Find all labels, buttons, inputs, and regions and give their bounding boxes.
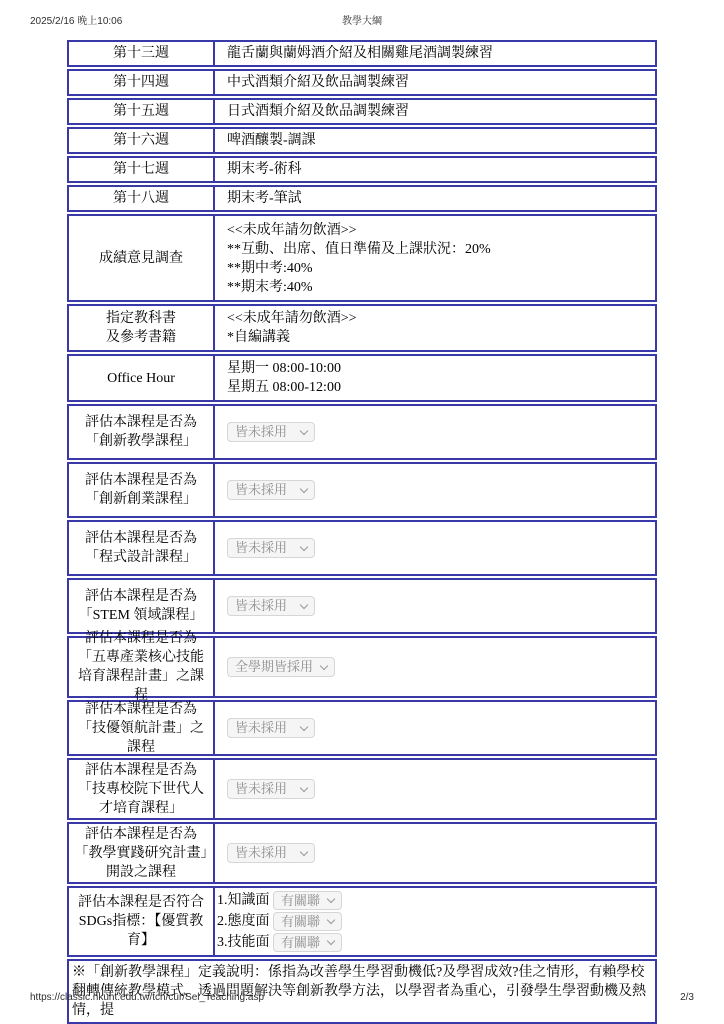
chevron-down-icon (300, 722, 308, 730)
week-content: 啤酒釀製-調課 (215, 129, 655, 152)
sdg-item-label: 1.知識面 (217, 891, 273, 910)
table-row-week-16: 第十六週 啤酒釀製-調課 (67, 127, 657, 154)
chevron-down-icon (327, 937, 335, 945)
week-content: 日式酒類介紹及飲品調製練習 (215, 100, 655, 123)
sdg-knowledge-select[interactable]: 有關聯 (273, 891, 342, 910)
week-label: 第十五週 (69, 100, 215, 123)
table-row-office-hour: Office Hour 星期一 08:00-10:00 星期五 08:00-12… (67, 354, 657, 402)
source-url: https://classic.nkuht.edu.tw/tch/cur/Sel… (30, 992, 264, 1003)
table-row-textbook: 指定教科書 及參考書籍 <<未成年請勿飲酒>> *自編講義 (67, 304, 657, 352)
table-row-grade-survey: 成績意見調查 <<未成年請勿飲酒>> **互動、出席、值日準備及上課狀況：20%… (67, 214, 657, 302)
select-value: 有關聯 (281, 934, 320, 952)
week-content: 龍舌蘭與蘭姆酒介紹及相關雞尾酒調製練習 (215, 42, 655, 65)
eval-next-gen-select[interactable]: 皆未採用 (227, 779, 315, 799)
week-label: 第十三週 (69, 42, 215, 65)
table-row-sdgs: 評估本課程是否符合SDGs指標：【優質教育】 1.知識面 有關聯 2.態度面 有… (67, 886, 657, 957)
eval-programming-select[interactable]: 皆未採用 (227, 538, 315, 558)
row-label: Office Hour (69, 356, 215, 400)
row-label: 成績意見調查 (69, 216, 215, 300)
week-content: 期末考-術科 (215, 158, 655, 181)
chevron-down-icon (300, 484, 308, 492)
week-label: 第十八週 (69, 187, 215, 210)
row-label: 評估本課程是否為「創新教學課程」 (69, 406, 215, 458)
table-row-eval-programming: 評估本課程是否為「程式設計課程」 皆未採用 (67, 520, 657, 576)
table-row-week-18: 第十八週 期末考-筆試 (67, 185, 657, 212)
table-row-eval-innovative-teaching: 評估本課程是否為「創新教學課程」 皆未採用 (67, 404, 657, 460)
chevron-down-icon (300, 783, 308, 791)
chevron-down-icon (300, 426, 308, 434)
table-row-eval-skill-pilot: 評估本課程是否為「技優領航計畫」之課程 皆未採用 (67, 700, 657, 756)
row-label: 評估本課程是否為「技優領航計畫」之課程 (69, 702, 215, 754)
select-value: 皆未採用 (235, 597, 287, 615)
row-label: 評估本課程是否為「教學實踐研究計畫」開設之課程 (69, 824, 215, 882)
row-label: 評估本課程是否為「創新創業課程」 (69, 464, 215, 516)
sdg-knowledge-line: 1.知識面 有關聯 (217, 891, 342, 910)
select-value: 皆未採用 (235, 780, 287, 798)
eval-innovative-teaching-select[interactable]: 皆未採用 (227, 422, 315, 442)
week-label: 第十六週 (69, 129, 215, 152)
eval-stem-select[interactable]: 皆未採用 (227, 596, 315, 616)
sdg-attitude-select[interactable]: 有關聯 (273, 912, 342, 931)
print-footer: https://classic.nkuht.edu.tw/tch/cur/Sel… (30, 992, 694, 1006)
table-row-week-17: 第十七週 期末考-術科 (67, 156, 657, 183)
row-label: 指定教科書 及參考書籍 (69, 306, 215, 350)
table-row-eval-next-gen: 評估本課程是否為「技專校院下世代人才培育課程」 皆未採用 (67, 758, 657, 820)
page-number: 2/3 (680, 992, 694, 1003)
sdg-attitude-line: 2.態度面 有關聯 (217, 912, 342, 931)
grade-survey-content: <<未成年請勿飲酒>> **互動、出席、值日準備及上課狀況：20% **期中考:… (215, 216, 655, 300)
select-value: 有關聯 (281, 892, 320, 910)
textbook-content: <<未成年請勿飲酒>> *自編講義 (215, 306, 655, 350)
sdg-skill-line: 3.技能面 有關聯 (217, 933, 342, 952)
eval-skill-pilot-select[interactable]: 皆未採用 (227, 718, 315, 738)
table-row-week-15: 第十五週 日式酒類介紹及飲品調製練習 (67, 98, 657, 125)
sdg-item-label: 2.態度面 (217, 912, 273, 931)
select-value: 皆未採用 (235, 423, 287, 441)
select-value: 皆未採用 (235, 844, 287, 862)
table-row-eval-teaching-practice: 評估本課程是否為「教學實踐研究計畫」開設之課程 皆未採用 (67, 822, 657, 884)
week-content: 期末考-筆試 (215, 187, 655, 210)
page-title: 教學大綱 (30, 12, 694, 27)
chevron-down-icon (327, 916, 335, 924)
row-label: 評估本課程是否為「五專產業核心技能培育課程計畫」之課程 (69, 638, 215, 696)
week-label: 第十四週 (69, 71, 215, 94)
chevron-down-icon (300, 542, 308, 550)
eval-entrepreneurship-select[interactable]: 皆未採用 (227, 480, 315, 500)
sdg-item-label: 3.技能面 (217, 933, 273, 952)
print-header: 2025/2/16 晚上10:06 教學大綱 (30, 12, 694, 26)
chevron-down-icon (300, 600, 308, 608)
eval-core-skills-select[interactable]: 全學期皆採用 (227, 657, 335, 677)
office-hour-content: 星期一 08:00-10:00 星期五 08:00-12:00 (215, 356, 655, 400)
select-value: 皆未採用 (235, 481, 287, 499)
chevron-down-icon (327, 895, 335, 903)
week-content: 中式酒類介紹及飲品調製練習 (215, 71, 655, 94)
select-value: 有關聯 (281, 913, 320, 931)
chevron-down-icon (320, 661, 328, 669)
select-value: 皆未採用 (235, 719, 287, 737)
row-label: 評估本課程是否為「STEM 領域課程」 (69, 580, 215, 632)
chevron-down-icon (300, 847, 308, 855)
select-value: 皆未採用 (235, 539, 287, 557)
row-label: 評估本課程是否為「程式設計課程」 (69, 522, 215, 574)
select-value: 全學期皆採用 (235, 658, 313, 676)
table-row-eval-entrepreneurship: 評估本課程是否為「創新創業課程」 皆未採用 (67, 462, 657, 518)
week-label: 第十七週 (69, 158, 215, 181)
syllabus-table: 第十三週 龍舌蘭與蘭姆酒介紹及相關雞尾酒調製練習 第十四週 中式酒類介紹及飲品調… (67, 40, 657, 1024)
table-row-week-14: 第十四週 中式酒類介紹及飲品調製練習 (67, 69, 657, 96)
row-label: 評估本課程是否符合SDGs指標：【優質教育】 (69, 888, 215, 955)
row-label: 評估本課程是否為「技專校院下世代人才培育課程」 (69, 760, 215, 818)
table-row-week-13: 第十三週 龍舌蘭與蘭姆酒介紹及相關雞尾酒調製練習 (67, 40, 657, 67)
eval-teaching-practice-select[interactable]: 皆未採用 (227, 843, 315, 863)
table-row-eval-stem: 評估本課程是否為「STEM 領域課程」 皆未採用 (67, 578, 657, 634)
sdg-skill-select[interactable]: 有關聯 (273, 933, 342, 952)
table-row-eval-core-skills: 評估本課程是否為「五專產業核心技能培育課程計畫」之課程 全學期皆採用 (67, 636, 657, 698)
